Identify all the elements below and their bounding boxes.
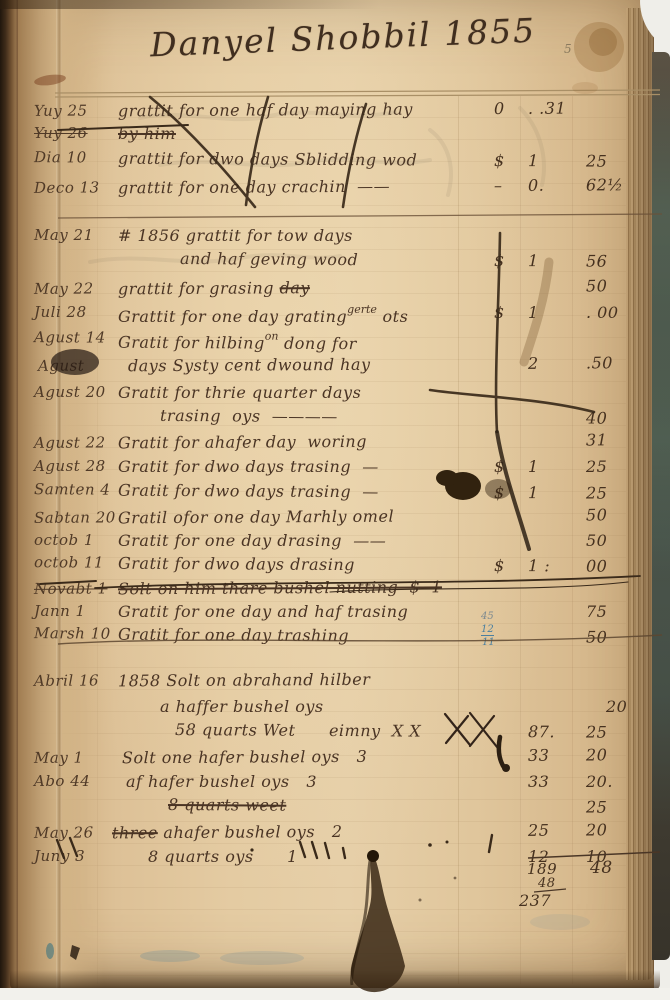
entry-description: Gratit for hilbingon dong for bbox=[118, 329, 357, 353]
ledger-row: Agust 20Gratit for thrie quarter days bbox=[0, 383, 670, 407]
interlinear-note: on bbox=[265, 330, 279, 343]
ledger-page-scan: Danyel Shobbil 1855 5 Yuy 25grattit for … bbox=[0, 0, 670, 1000]
amount-cents: .50 bbox=[586, 353, 613, 372]
entry-description: trasing oys ———— bbox=[160, 406, 338, 426]
blue-annotation: 45 bbox=[481, 611, 494, 622]
ledger-row: Abo 44af hafer bushel oys 33320. bbox=[0, 772, 670, 796]
description-text: Gratit for one day and haf trasing bbox=[118, 602, 408, 621]
description-text: ots bbox=[377, 307, 408, 326]
ledger-row: a haffer bushel oys20 bbox=[0, 697, 670, 721]
interlinear-note: gerte bbox=[347, 303, 377, 316]
entry-date: Dia 10 bbox=[34, 148, 87, 166]
entry-description: grattit for one haf day maying hay bbox=[118, 100, 413, 121]
description-text: day bbox=[280, 278, 310, 297]
entry-date: Agust 14 bbox=[34, 328, 106, 346]
subtotal-right: 48 bbox=[590, 858, 613, 878]
amount-cents: 50 bbox=[586, 628, 607, 647]
amount-cents: 20 bbox=[586, 745, 607, 764]
dollar-mark: – bbox=[494, 176, 503, 195]
description-text: grattit for one haf day maying hay bbox=[118, 100, 413, 121]
entry-date: Agust 20 bbox=[34, 383, 106, 401]
amount-cents: 20. bbox=[586, 772, 613, 791]
description-text: and haf geving wood bbox=[180, 249, 358, 269]
description-text: Grattit for one day grating bbox=[118, 307, 347, 326]
entry-description: three ahafer bushel oys 2 bbox=[112, 822, 343, 842]
amount-cents: 25 bbox=[586, 457, 607, 476]
page-top-shadow bbox=[0, 0, 380, 9]
amount-dollars: 0. bbox=[528, 176, 544, 195]
ledger-row: Agustdays Systy cent dwound hay2.50 bbox=[0, 353, 670, 381]
entry-description: Gratit for ahafer day woring bbox=[118, 432, 367, 453]
entry-date: Marsh 10 bbox=[34, 624, 111, 642]
ledger-row: and haf geving wood$156 bbox=[0, 248, 670, 276]
ledger-row: May 26three ahafer bushel oys 22520 bbox=[0, 820, 670, 848]
entry-date: May 21 bbox=[34, 226, 94, 244]
entry-date: Deco 13 bbox=[34, 178, 100, 196]
ledger-row: octob 1Gratit for one day drasing ——50 bbox=[0, 531, 670, 555]
entry-description: grattit for grasing day bbox=[118, 278, 310, 298]
amount-cents: 75 bbox=[586, 602, 607, 621]
description-text: grattit for dwo days Sblidding wod bbox=[118, 149, 417, 170]
entry-description: Solt one hafer bushel oys 3 bbox=[122, 747, 367, 767]
amount-cents: 20 bbox=[586, 820, 607, 839]
description-text: # 1856 grattit for tow days bbox=[118, 226, 353, 245]
entry-description: Gratit for one day drasing —— bbox=[118, 531, 386, 550]
amount-cents: . 00 bbox=[586, 303, 619, 322]
ledger-row: Agust 14Gratit for hilbingon dong for bbox=[0, 328, 670, 356]
amount-cents: 25 bbox=[586, 484, 607, 503]
entry-description: Gratit for one day trashing bbox=[118, 625, 349, 645]
amount-dollars: 1 : bbox=[528, 556, 550, 575]
description-text: ahafer bushel oys 2 bbox=[158, 822, 343, 842]
description-text: trasing oys ———— bbox=[160, 406, 338, 426]
entry-date: Yuy 26 bbox=[34, 124, 88, 142]
entry-description: 8 quarts weet bbox=[168, 795, 286, 815]
description-text: Gratit for hilbing bbox=[118, 333, 265, 353]
amount-dollars: 87. bbox=[528, 722, 555, 741]
entry-date: Abo 44 bbox=[34, 772, 90, 790]
entry-date: Agust 22 bbox=[34, 433, 106, 451]
description-text: Gratit for dwo days trasing — bbox=[118, 457, 379, 476]
entry-description: 8 quarts oys 1 bbox=[148, 847, 298, 866]
dollar-mark: $ bbox=[494, 151, 505, 170]
ledger-row: Dia 10grattit for dwo days Sblidding wod… bbox=[0, 148, 670, 176]
description-text: 58 quarts Wet eimny bbox=[175, 720, 392, 740]
amount-cents: 25 bbox=[586, 723, 607, 742]
entry-date: Yuy 25 bbox=[34, 102, 88, 120]
entry-description: # 1856 grattit for tow days bbox=[118, 226, 353, 245]
entry-description: a haffer bushel oys bbox=[160, 697, 324, 716]
entry-description: Gratit for dwo days trasing — bbox=[118, 457, 379, 476]
description-text: X X bbox=[392, 721, 421, 740]
amount-cents: 31 bbox=[586, 430, 607, 449]
description-text: 1858 Solt on abrahand hilber bbox=[118, 670, 371, 691]
dollar-mark: $ bbox=[494, 251, 505, 270]
amount-cents: 62½ bbox=[586, 175, 623, 194]
amount-dollars: 1 bbox=[528, 457, 539, 476]
entry-description: Solt on him thare bushel nutting $ 1 bbox=[118, 577, 442, 598]
dollar-mark: 0 bbox=[494, 99, 505, 118]
blue-annotation: 12 bbox=[481, 624, 494, 636]
entry-description: Gratit for dwo days trasing — bbox=[118, 481, 379, 502]
description-text: Gratit for dwo days trasing — bbox=[118, 481, 379, 502]
description-text: dong for bbox=[278, 334, 356, 353]
dollar-mark: $ bbox=[494, 556, 505, 575]
ledger-row: 8 quarts weet25 bbox=[0, 794, 670, 822]
amount-dollars: 25 bbox=[528, 821, 549, 840]
amount-cents: 56 bbox=[586, 252, 607, 271]
amount-cents: 50 bbox=[586, 531, 607, 550]
ledger-row: May 21# 1856 grattit for tow days bbox=[0, 226, 670, 250]
amount-cents: 50 bbox=[586, 276, 607, 295]
entry-description: 58 quarts Wet eimny X X bbox=[175, 720, 421, 741]
entry-description: grattit for one day crachin —— bbox=[118, 177, 390, 198]
ledger-row: Agust 22Gratit for ahafer day woring31 bbox=[0, 430, 670, 458]
amount-cents: 40 bbox=[586, 409, 607, 428]
description-text: af hafer bushel oys 3 bbox=[126, 772, 317, 791]
description-text: Gratit for one day drasing —— bbox=[118, 531, 386, 550]
entry-description: days Systy cent dwound hay bbox=[128, 355, 371, 375]
amount-dollars: 33 bbox=[528, 746, 549, 765]
entry-description: Gratit for thrie quarter days bbox=[118, 383, 361, 402]
entry-date: May 22 bbox=[34, 279, 94, 297]
description-text: Solt on him thare bushel nutting $ 1 bbox=[118, 577, 442, 598]
entry-date: May 1 bbox=[34, 749, 84, 767]
entry-description: Gratit for one day and haf trasing bbox=[118, 602, 408, 621]
ledger-row: May 1Solt one hafer bushel oys 33320 bbox=[0, 745, 670, 773]
entry-description: Gratil ofor one day Marhly omel bbox=[118, 507, 394, 528]
dollar-mark: $ bbox=[494, 303, 505, 322]
ledger-row: Sabtan 20Gratil ofor one day Marhly omel… bbox=[0, 505, 670, 533]
description-text: grattit for grasing bbox=[118, 278, 280, 298]
entry-date: Samten 4 bbox=[34, 480, 110, 498]
description-text: Gratil ofor one day Marhly omel bbox=[118, 507, 394, 528]
description-text: days Systy cent dwound hay bbox=[128, 355, 371, 375]
grand-total: 237 bbox=[519, 891, 551, 910]
description-text: 8 quarts weet bbox=[168, 795, 286, 815]
entry-date: Jann 1 bbox=[34, 602, 86, 620]
amount-cents: 00 bbox=[586, 557, 607, 576]
description-text: three bbox=[112, 823, 158, 842]
description-text: Gratit for thrie quarter days bbox=[118, 383, 361, 402]
ledger-row: Deco 13grattit for one day crachin ——–0.… bbox=[0, 175, 670, 203]
amount-cents: 50 bbox=[586, 505, 607, 524]
ledger-row: Jann 1Gratit for one day and haf trasing… bbox=[0, 602, 670, 626]
entry-date: Sabtan 20 bbox=[34, 508, 116, 526]
page-bottom-shadow bbox=[10, 970, 660, 990]
dollar-mark: $ bbox=[494, 483, 505, 502]
amount-dollars: 1 bbox=[528, 483, 539, 502]
amount-dollars: . .31 bbox=[528, 99, 566, 118]
scan-background-bottom bbox=[0, 988, 670, 1000]
blue-annotation: 11 bbox=[482, 637, 495, 648]
amount-dollars: 33 bbox=[528, 772, 549, 791]
entry-date: Agust 28 bbox=[34, 457, 106, 475]
amount-dollars: 1 bbox=[528, 251, 539, 270]
description-text: by him bbox=[118, 124, 176, 143]
ledger-row: Juli 28Grattit for one day gratinggerte … bbox=[0, 303, 670, 327]
entry-date: octob 1 bbox=[34, 531, 94, 549]
entry-description: af hafer bushel oys 3 bbox=[126, 772, 317, 791]
ledger-row: May 22grattit for grasing day50 bbox=[0, 276, 670, 304]
description-text: a haffer bushel oys bbox=[160, 697, 324, 716]
entry-date: Novabt 1 bbox=[34, 579, 108, 597]
ledger-row: Yuy 25grattit for one haf day maying hay… bbox=[0, 98, 670, 126]
description-text: Solt one hafer bushel oys 3 bbox=[122, 747, 367, 767]
description-text: Gratit for one day trashing bbox=[118, 625, 349, 645]
ledger-row: Agust 28Gratit for dwo days trasing —$12… bbox=[0, 457, 670, 481]
ledger-row: Samten 4Gratit for dwo days trasing —$12… bbox=[0, 480, 670, 508]
amount-dollars: 1 bbox=[528, 303, 539, 322]
entry-date: Agust bbox=[38, 357, 84, 375]
ledger-row: trasing oys ————40 bbox=[0, 405, 670, 433]
entry-description: Grattit for one day gratinggerte ots bbox=[118, 303, 408, 326]
ledger-row: 58 quarts Wet eimny X X87.25 bbox=[0, 719, 670, 747]
ledger-row: Juny 38 quarts oys 11210 bbox=[0, 847, 670, 871]
entry-description: by him bbox=[118, 124, 176, 143]
entry-description: grattit for dwo days Sblidding wod bbox=[118, 149, 417, 170]
ledger-row: Marsh 10Gratit for one day trashing50 bbox=[0, 624, 670, 652]
dollar-mark: $ bbox=[494, 457, 505, 476]
description-text: 8 quarts oys 1 bbox=[148, 847, 298, 866]
entry-date: Abril 16 bbox=[34, 671, 99, 689]
ledger-row: Abril 161858 Solt on abrahand hilber bbox=[0, 668, 670, 696]
amount-cents: 20 bbox=[606, 697, 627, 716]
ledger-row: Yuy 26by him bbox=[0, 124, 670, 148]
carry-figure: 48 bbox=[538, 876, 556, 891]
ledger-row: Novabt 1Solt on him thare bushel nutting… bbox=[0, 576, 670, 604]
entry-date: May 26 bbox=[34, 823, 94, 841]
page-number-mark: 5 bbox=[564, 42, 572, 56]
amount-cents: 25 bbox=[586, 798, 607, 817]
amount-cents: 25 bbox=[586, 152, 607, 171]
description-text: Gratit for ahafer day woring bbox=[118, 432, 367, 453]
amount-dollars: 2 bbox=[528, 354, 539, 373]
entry-date: Juli 28 bbox=[34, 303, 87, 321]
entry-date: octob 11 bbox=[34, 553, 104, 571]
amount-dollars: 1 bbox=[528, 151, 539, 170]
entry-description: 1858 Solt on abrahand hilber bbox=[118, 670, 371, 691]
description-text: Gratit for dwo days drasing bbox=[118, 554, 355, 574]
entry-date: Juny 3 bbox=[34, 847, 85, 865]
entry-description: and haf geving wood bbox=[180, 249, 358, 269]
description-text: grattit for one day crachin —— bbox=[118, 177, 390, 198]
entry-description: Gratit for dwo days drasing bbox=[118, 554, 355, 574]
